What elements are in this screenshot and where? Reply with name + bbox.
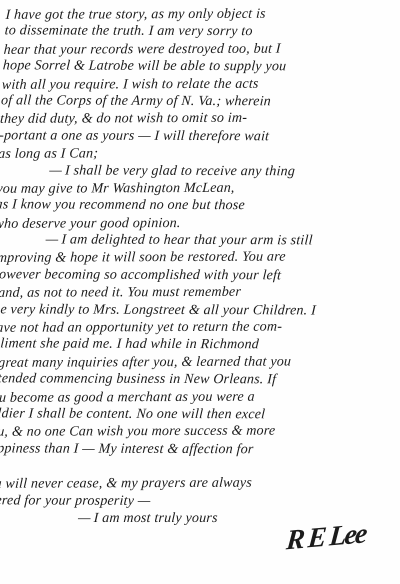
letter-line: improving & hope it will soon be restore…: [0, 249, 381, 268]
letter-line: you become as good a merchant as you wer…: [0, 388, 374, 407]
letter-line: -pliment she paid me. I had while in Ric…: [0, 336, 377, 355]
letter-line: soldier I shall be content. No one will …: [0, 405, 373, 424]
letter-line: a great many inquiries after you, & lear…: [0, 353, 376, 372]
letter-line: I shall be very glad to receive any thin…: [49, 162, 386, 181]
letter-line: hope Sorrel & Latrobe will be able to su…: [2, 57, 391, 76]
letter-line: you, & no one Can wish you more success …: [0, 423, 372, 442]
letter-line: as I know you recommend no one but those: [0, 197, 384, 216]
letter-line: intended commencing business in New Orle…: [0, 371, 375, 390]
letter-line: I am delighted to hear that your arm is …: [45, 231, 382, 250]
letter-line: who deserve your good opinion.: [0, 214, 383, 233]
letter-line: hear that your records were destroyed to…: [3, 40, 392, 59]
letter-line: -portant a one as yours — I will therefo…: [0, 127, 388, 146]
letter-line: have not had an opportunity yet to retur…: [0, 318, 378, 337]
letter-line: you may give to Mr Washington McLean,: [0, 179, 385, 198]
letter-line: offered for your prosperity —: [0, 492, 368, 511]
letter-line: hand, as not to need it. You must rememb…: [0, 283, 379, 302]
letter-line: of all the Corps of the Army of N. Va.; …: [1, 92, 390, 111]
letter-line: with all you require. I wish to relate t…: [1, 75, 390, 94]
letter-line: however becoming so accomplished with yo…: [0, 266, 380, 285]
letter-line: me very kindly to Mrs. Longstreet & all …: [0, 301, 378, 320]
letter-line: you will never cease, & my prayers are a…: [0, 474, 369, 493]
letter-line: they did duty, & do not wish to omit so …: [0, 109, 389, 128]
letter-page: I have got the true story, as my only ob…: [0, 0, 400, 584]
letter-line: I have got the true story, as my only ob…: [5, 5, 394, 24]
letter-line: as long as I Can;: [0, 144, 387, 163]
letter-body: I have got the true story, as my only ob…: [0, 6, 394, 510]
letter-line: happiness than I — My interest & affecti…: [0, 440, 371, 459]
letter-line: to disseminate the truth. I am very sorr…: [4, 23, 393, 42]
